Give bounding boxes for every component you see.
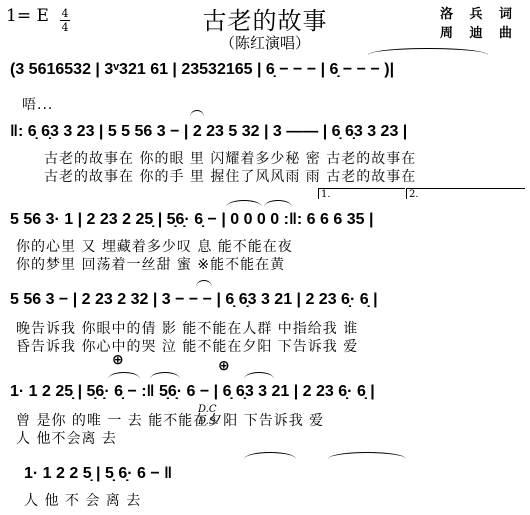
tie-slur bbox=[368, 48, 488, 55]
lyric-line-1: 曾 是你 的唯 一 去 能不能在夕阳 下告诉我 爱 bbox=[16, 410, 324, 430]
tie-slur bbox=[244, 372, 274, 379]
tie-slur bbox=[328, 452, 406, 459]
lyric-line-1: 你的心里 又 埋藏着多少叹 息 能不能在夜 bbox=[16, 236, 293, 256]
notation-line: 1· 1 2 25̣ | 5̣6̣· 6̣ − :‖ 5̣6̣· 6 − | 6… bbox=[10, 380, 524, 404]
lyric-line-1: 人 他 不 会 离 去 bbox=[24, 490, 141, 510]
tie-slur bbox=[226, 200, 262, 207]
tie-slur bbox=[150, 372, 180, 379]
lyricist-credit: 洛 兵 词 bbox=[440, 3, 518, 22]
fermata-icon bbox=[196, 280, 212, 287]
lyric-line-2: 你的梦里 回荡着一丝甜 蜜 ※能不能在黄 bbox=[16, 254, 285, 274]
tie-slur bbox=[244, 452, 296, 459]
lyric-line-2: 昏告诉我 你心中的哭 泣 能不能在夕阳 下告诉我 爱 bbox=[16, 336, 358, 356]
lyric-line-1: 晚告诉我 你眼中的倩 影 能不能在人群 中指给我 谁 bbox=[16, 318, 358, 338]
volta-2-bracket: 2. bbox=[406, 188, 525, 199]
fermata-icon bbox=[190, 110, 204, 117]
coda-icon: ⊕ bbox=[112, 352, 124, 368]
lyric-line-1: 唔... bbox=[22, 94, 53, 114]
volta-1-bracket: 1. bbox=[318, 188, 405, 199]
notation-line: ‖: 6̣ 6̣3 3 23 | 5 5 56 3 − | 2 23 5 32 … bbox=[10, 120, 524, 144]
coda-icon: ⊕ bbox=[218, 358, 230, 374]
tie-slur bbox=[108, 372, 140, 379]
notation-line: 1· 1 2 2 5̣ | 5̣ 6̣· 6 − ‖ bbox=[24, 462, 524, 486]
lyric-line-2: 古老的故事在 你的手 里 握住了风风雨 雨 古老的故事在 bbox=[44, 166, 416, 186]
notation-line: 5 56 3· 1 | 2 23 2 25̣ | 5̣6̣· 6̣ − | 0 … bbox=[10, 208, 524, 232]
notation-line: 5 56 3 − | 2 23 2 32 | 3 − − − | 6̣ 6̣3 … bbox=[10, 288, 524, 312]
tie-slur bbox=[264, 200, 292, 207]
lyric-line-2: 人 他不会离 去 bbox=[16, 428, 117, 448]
lyric-line-1: 古老的故事在 你的眼 里 闪耀着多少秘 密 古老的故事在 bbox=[44, 148, 416, 168]
notation-line: (3 5616532 | 3ᵛ321 61 | 23532165 | 6̣ − … bbox=[10, 58, 524, 82]
composer-credit: 周 迪 曲 bbox=[440, 22, 518, 41]
